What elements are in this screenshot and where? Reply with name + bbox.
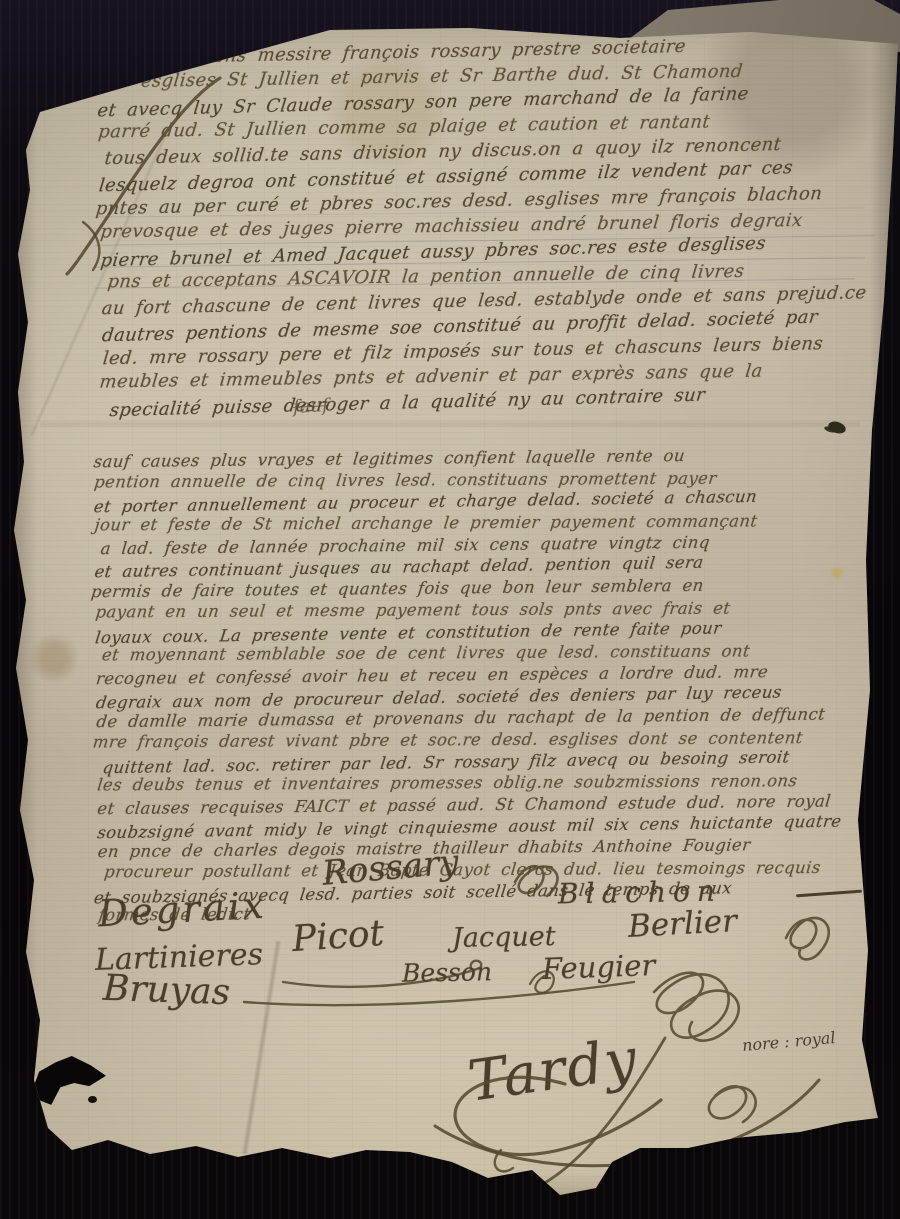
signature-degraix: Degraix [97,884,268,936]
ink-blot [827,419,848,435]
manuscript-page: t. Furent presens messire françois rossa… [0,0,900,1219]
notary-title-annotation: nore : royal [741,1028,836,1055]
signature-feugier: Feugier [541,948,655,986]
signature-jacquet: Jacquet [452,921,556,954]
manuscript-photograph: t. Furent presens messire françois rossa… [0,0,900,1219]
signature-besson: Besson [402,957,492,988]
paper-crease [241,941,282,1154]
body-paragraph-1: Furent presens messire françois rossary … [96,32,892,423]
paper-hole-small [88,1096,97,1103]
signature-tardy: Tardy [464,1026,642,1114]
signature-bruyas: Bruyas [102,968,230,1013]
signature-picot: Picot [291,913,386,960]
body-paragraph-2: sauf causes plus vrayes et legitimes con… [94,444,897,929]
signature-berlier: Berlier [627,903,738,945]
struck-out-word: fauf [292,395,329,418]
